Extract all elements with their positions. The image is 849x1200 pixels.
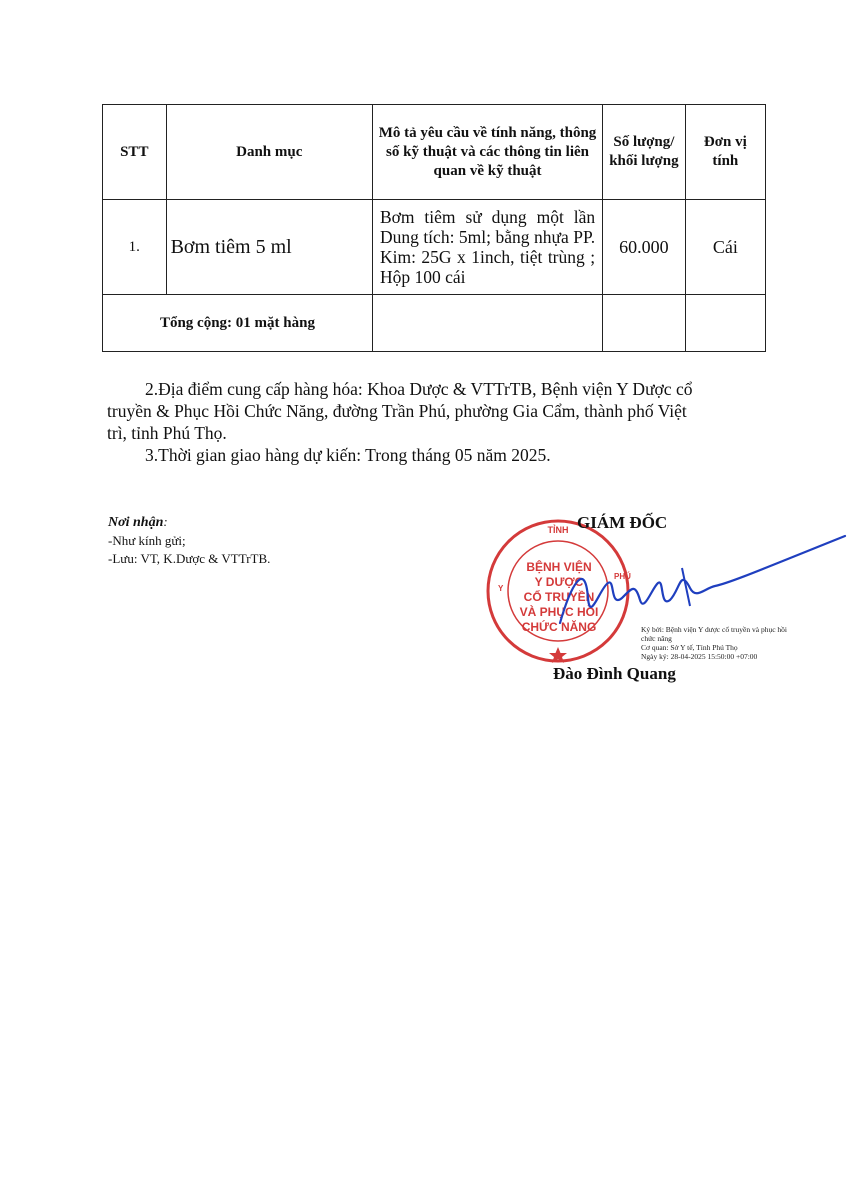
digital-signature-info: Ký bởi: Bệnh viện Y dược cổ truyền và ph… [641, 625, 791, 661]
recipients-title-suffix: : [163, 514, 167, 529]
total-empty-cell [603, 295, 686, 352]
handwritten-signature-icon [540, 528, 849, 638]
digital-agency: Cơ quan: Sở Y tế, Tỉnh Phú Thọ [641, 643, 791, 652]
recipients-title-line: Nơi nhận: [108, 513, 270, 532]
cell-description: Bơm tiêm sử dụng một lần Dung tích: 5ml;… [372, 200, 602, 295]
header-quantity: Số lượng/ khối lượng [603, 105, 686, 200]
items-table: STT Danh mục Mô tả yêu cầu về tính năng,… [102, 104, 766, 352]
digital-date: Ngày ký: 28-04-2025 15:50:00 +07:00 [641, 652, 791, 661]
header-category: Danh mục [166, 105, 372, 200]
delivery-time-paragraph: 3.Thời gian giao hàng dự kiến: Trong thá… [107, 444, 707, 466]
header-unit: Đơn vị tính [685, 105, 765, 200]
total-empty-cell [372, 295, 602, 352]
cell-unit: Cái [685, 200, 765, 295]
total-label: Tổng cộng: 01 mặt hàng [103, 295, 373, 352]
digital-signed-by: Ký bởi: Bệnh viện Y dược cổ truyền và ph… [641, 625, 791, 643]
cell-category: Bơm tiêm 5 ml [166, 200, 372, 295]
delivery-location-paragraph: 2.Địa điểm cung cấp hàng hóa: Khoa Dược … [107, 378, 707, 444]
recipient-line: -Lưu: VT, K.Dược & VTTrTB. [108, 550, 270, 568]
table-row: 1. Bơm tiêm 5 ml Bơm tiêm sử dụng một lầ… [103, 200, 766, 295]
table-header-row: STT Danh mục Mô tả yêu cầu về tính năng,… [103, 105, 766, 200]
total-empty-cell [685, 295, 765, 352]
recipients-title: Nơi nhận [108, 515, 163, 530]
total-row: Tổng cộng: 01 mặt hàng [103, 295, 766, 352]
recipients-block: Nơi nhận: -Như kính gửi; -Lưu: VT, K.Dượ… [108, 513, 270, 568]
cell-stt: 1. [103, 200, 167, 295]
signer-name: Đào Đình Quang [553, 664, 676, 684]
header-stt: STT [103, 105, 167, 200]
cell-quantity: 60.000 [603, 200, 686, 295]
recipient-line: -Như kính gửi; [108, 532, 270, 550]
header-description: Mô tả yêu cầu về tính năng, thông số kỹ … [372, 105, 602, 200]
